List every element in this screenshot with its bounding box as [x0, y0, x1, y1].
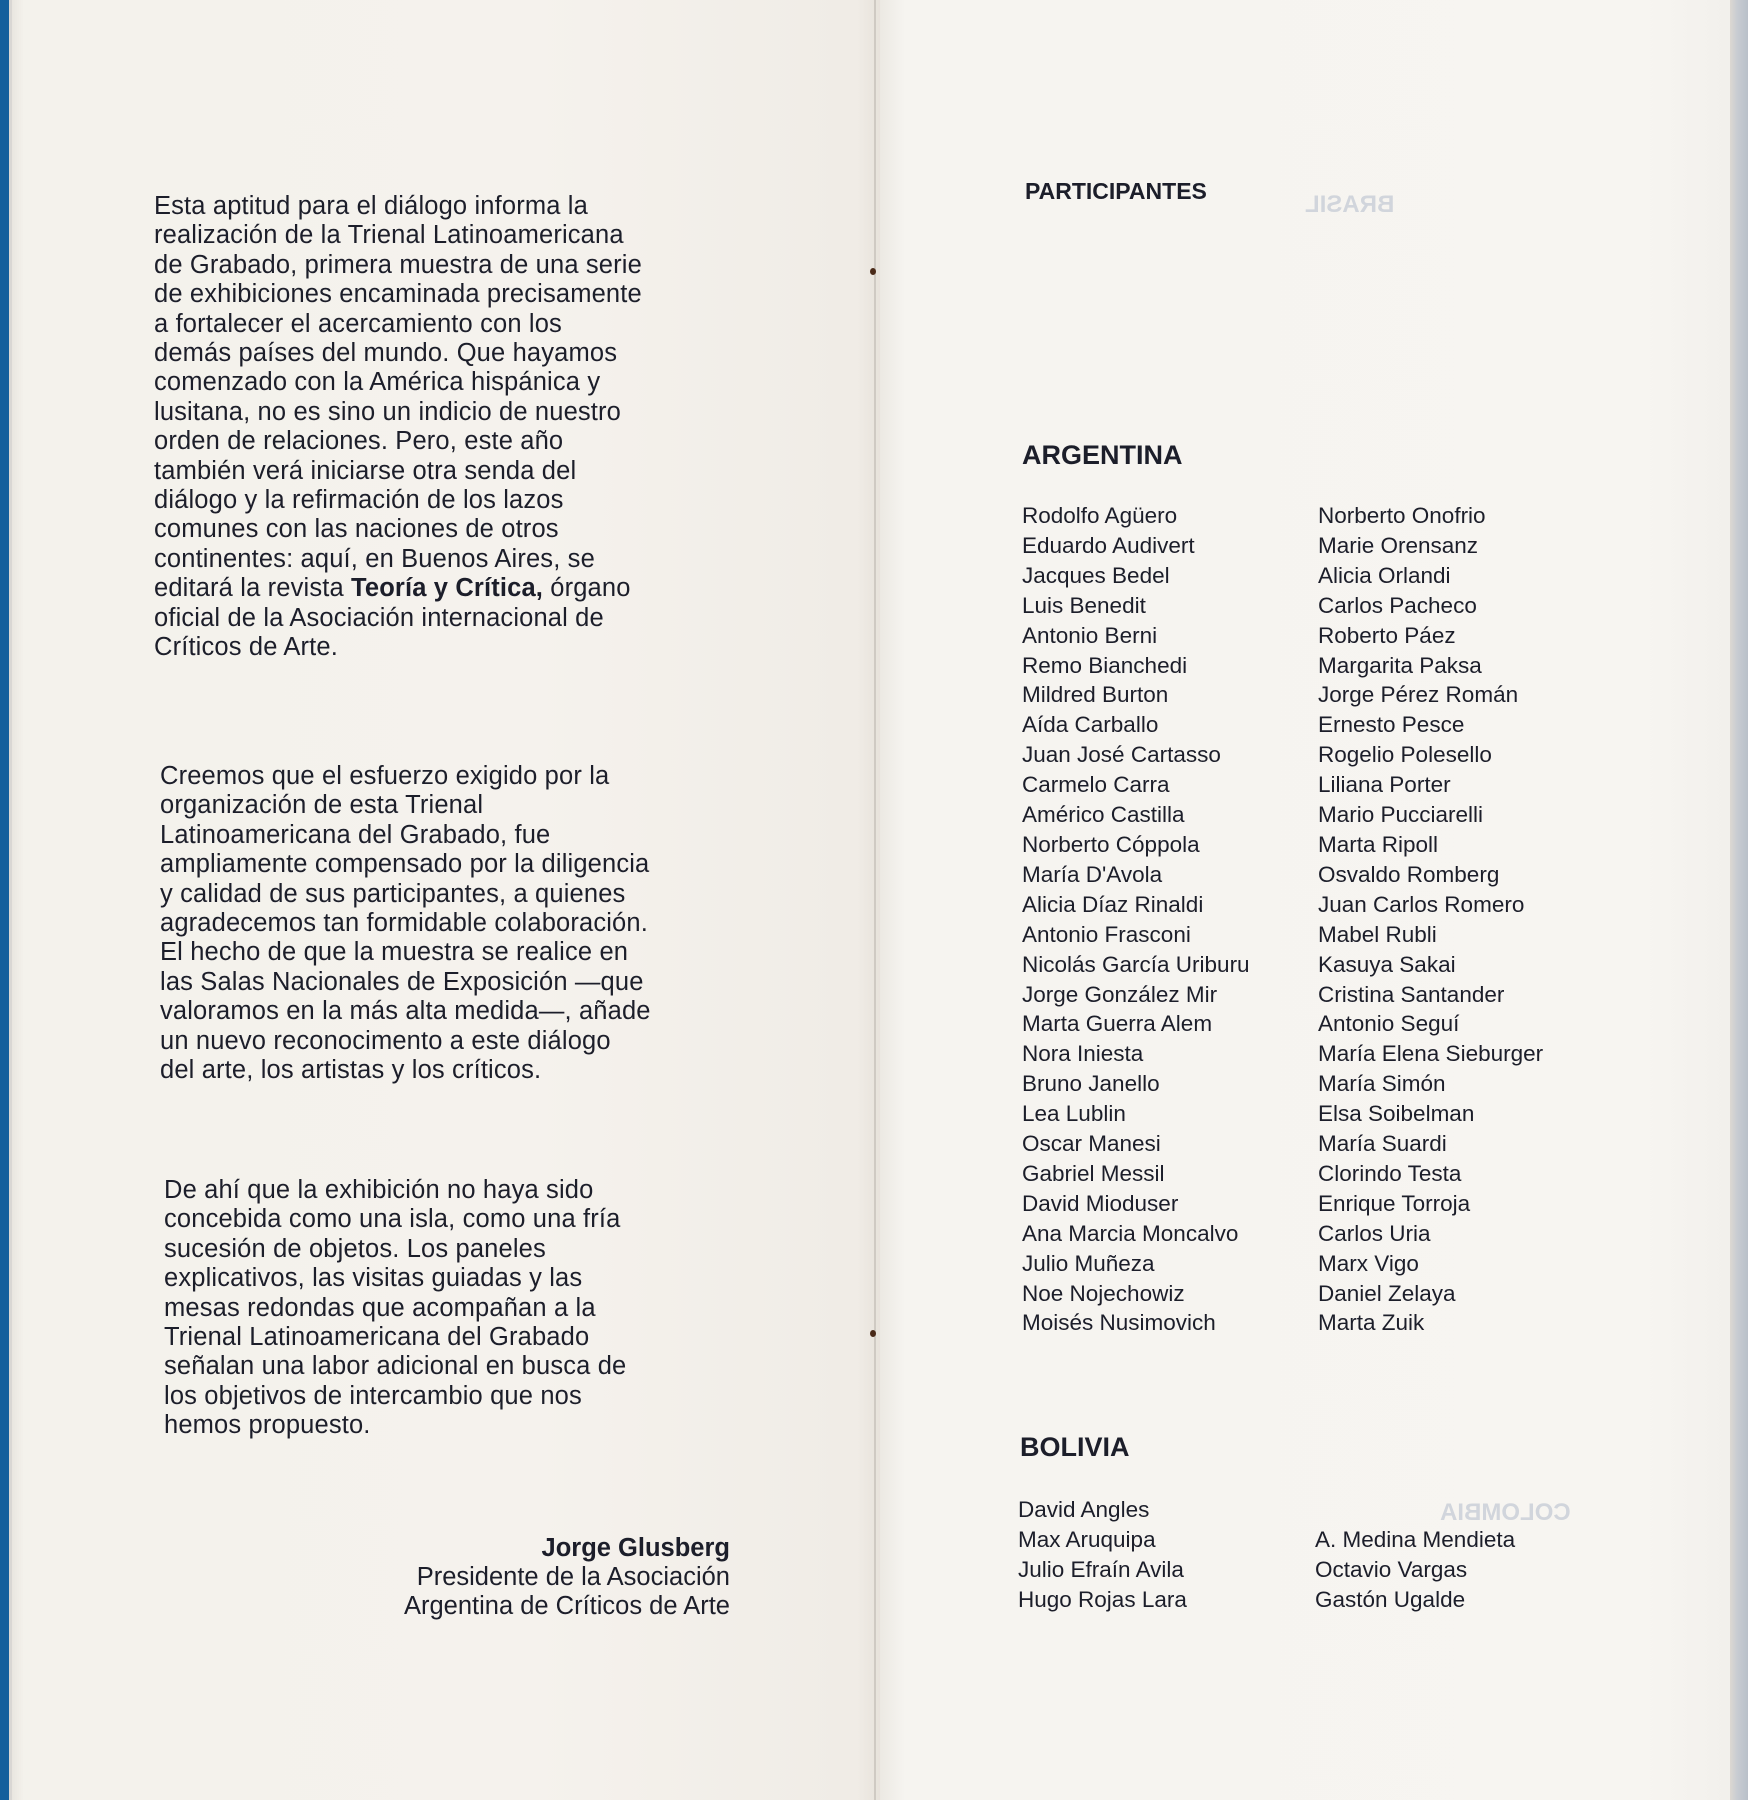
participant-name: Rodolfo Agüero — [1022, 501, 1250, 531]
signatory-title: Argentina de Críticos de Arte — [404, 1592, 730, 1621]
argentina-list-col1: Rodolfo AgüeroEduardo AudivertJacques Be… — [1022, 501, 1250, 1338]
participant-name: María Suardi — [1318, 1129, 1543, 1159]
participant-name: María Simón — [1318, 1069, 1543, 1099]
participant-name: David Mioduser — [1022, 1189, 1250, 1219]
country-heading-argentina: ARGENTINA — [1022, 440, 1183, 471]
participant-name: Norberto Onofrio — [1318, 501, 1543, 531]
participant-name: Jorge Pérez Román — [1318, 680, 1543, 710]
participant-name: Norberto Cóppola — [1022, 830, 1250, 860]
participant-name: Mildred Burton — [1022, 680, 1250, 710]
participant-name: Ernesto Pesce — [1318, 710, 1543, 740]
participant-name: Bruno Janello — [1022, 1069, 1250, 1099]
participant-name: Américo Castilla — [1022, 800, 1250, 830]
participant-name: Nora Iniesta — [1022, 1039, 1250, 1069]
participant-name: Gabriel Messil — [1022, 1159, 1250, 1189]
participant-name: A. Medina Mendieta — [1315, 1525, 1515, 1555]
participant-name: Luis Benedit — [1022, 591, 1250, 621]
participant-name: Noe Nojechowiz — [1022, 1279, 1250, 1309]
country-heading-bolivia: BOLIVIA — [1020, 1432, 1130, 1463]
participant-name: Julio Efraín Avila — [1018, 1555, 1187, 1585]
participant-name: Antonio Seguí — [1318, 1009, 1543, 1039]
participant-name: Alicia Orlandi — [1318, 561, 1543, 591]
participant-name: Ana Marcia Moncalvo — [1022, 1219, 1250, 1249]
cover-edge — [0, 0, 9, 1800]
participant-name: Daniel Zelaya — [1318, 1279, 1543, 1309]
bolivia-list-col2: A. Medina MendietaOctavio VargasGastón U… — [1315, 1525, 1515, 1615]
participant-name: Margarita Paksa — [1318, 651, 1543, 681]
signature-block: Jorge Glusberg Presidente de la Asociaci… — [404, 1534, 730, 1621]
participant-name: Marta Guerra Alem — [1022, 1009, 1250, 1039]
argentina-list-col2: Norberto OnofrioMarie OrensanzAlicia Orl… — [1318, 501, 1543, 1338]
participant-name: Oscar Manesi — [1022, 1129, 1250, 1159]
participant-name: Cristina Santander — [1318, 980, 1543, 1010]
participant-name: David Angles — [1018, 1495, 1187, 1525]
participant-name: Mario Pucciarelli — [1318, 800, 1543, 830]
page-edge — [1730, 0, 1748, 1800]
intro-paragraph: Esta aptitud para el diálogo informa la … — [154, 192, 714, 663]
participant-name: Osvaldo Romberg — [1318, 860, 1543, 890]
participant-name: Marx Vigo — [1318, 1249, 1543, 1279]
bleed-through-heading: BRASIL — [1305, 190, 1394, 220]
participant-name: Julio Muñeza — [1022, 1249, 1250, 1279]
participant-name: Rogelio Polesello — [1318, 740, 1543, 770]
participant-name: Enrique Torroja — [1318, 1189, 1543, 1219]
exhibition-paragraph: De ahí que la exhibición no haya sido co… — [164, 1176, 724, 1441]
participant-name: Moisés Nusimovich — [1022, 1308, 1250, 1338]
participant-name: Marta Ripoll — [1318, 830, 1543, 860]
participant-name: Hugo Rojas Lara — [1018, 1585, 1187, 1615]
bleed-through-heading: COLOMBIA — [1440, 1498, 1571, 1528]
participant-name: Lea Lublin — [1022, 1099, 1250, 1129]
participant-name: Elsa Soibelman — [1318, 1099, 1543, 1129]
participant-name: Gastón Ugalde — [1315, 1585, 1515, 1615]
participant-name: María Elena Sieburger — [1318, 1039, 1543, 1069]
acknowledgment-paragraph: Creemos que el esfuerzo exigido por la o… — [160, 762, 720, 1085]
participant-name: Remo Bianchedi — [1022, 651, 1250, 681]
participant-name: Nicolás García Uriburu — [1022, 950, 1250, 980]
participant-name: Eduardo Audivert — [1022, 531, 1250, 561]
bolivia-list-col1: David AnglesMax AruquipaJulio Efraín Avi… — [1018, 1495, 1187, 1615]
signatory-name: Jorge Glusberg — [404, 1534, 730, 1563]
participant-name: Antonio Berni — [1022, 621, 1250, 651]
participant-name: Alicia Díaz Rinaldi — [1022, 890, 1250, 920]
participant-name: Juan José Cartasso — [1022, 740, 1250, 770]
staple-icon — [870, 1330, 876, 1337]
participant-name: Carlos Uria — [1318, 1219, 1543, 1249]
right-page — [880, 0, 1730, 1800]
participant-name: Max Aruquipa — [1018, 1525, 1187, 1555]
participant-name: Liliana Porter — [1318, 770, 1543, 800]
participant-name: Roberto Páez — [1318, 621, 1543, 651]
participant-name: Carmelo Carra — [1022, 770, 1250, 800]
participant-name: Mabel Rubli — [1318, 920, 1543, 950]
participant-name: Jorge González Mir — [1022, 980, 1250, 1010]
paragraph-text: Esta aptitud para el diálogo informa la … — [154, 192, 642, 602]
participant-name: Marie Orensanz — [1318, 531, 1543, 561]
participant-name: Juan Carlos Romero — [1318, 890, 1543, 920]
participant-name: Jacques Bedel — [1022, 561, 1250, 591]
signatory-title: Presidente de la Asociación — [404, 1563, 730, 1592]
magazine-title: Teoría y Crítica, — [351, 574, 543, 602]
participant-name: Octavio Vargas — [1315, 1555, 1515, 1585]
participant-name: María D'Avola — [1022, 860, 1250, 890]
participant-name: Marta Zuik — [1318, 1308, 1543, 1338]
participant-name: Clorindo Testa — [1318, 1159, 1543, 1189]
page-title: PARTICIPANTES — [1025, 178, 1207, 205]
participant-name: Carlos Pacheco — [1318, 591, 1543, 621]
staple-icon — [870, 268, 876, 275]
participant-name: Kasuya Sakai — [1318, 950, 1543, 980]
participant-name: Aída Carballo — [1022, 710, 1250, 740]
participant-name: Antonio Frasconi — [1022, 920, 1250, 950]
